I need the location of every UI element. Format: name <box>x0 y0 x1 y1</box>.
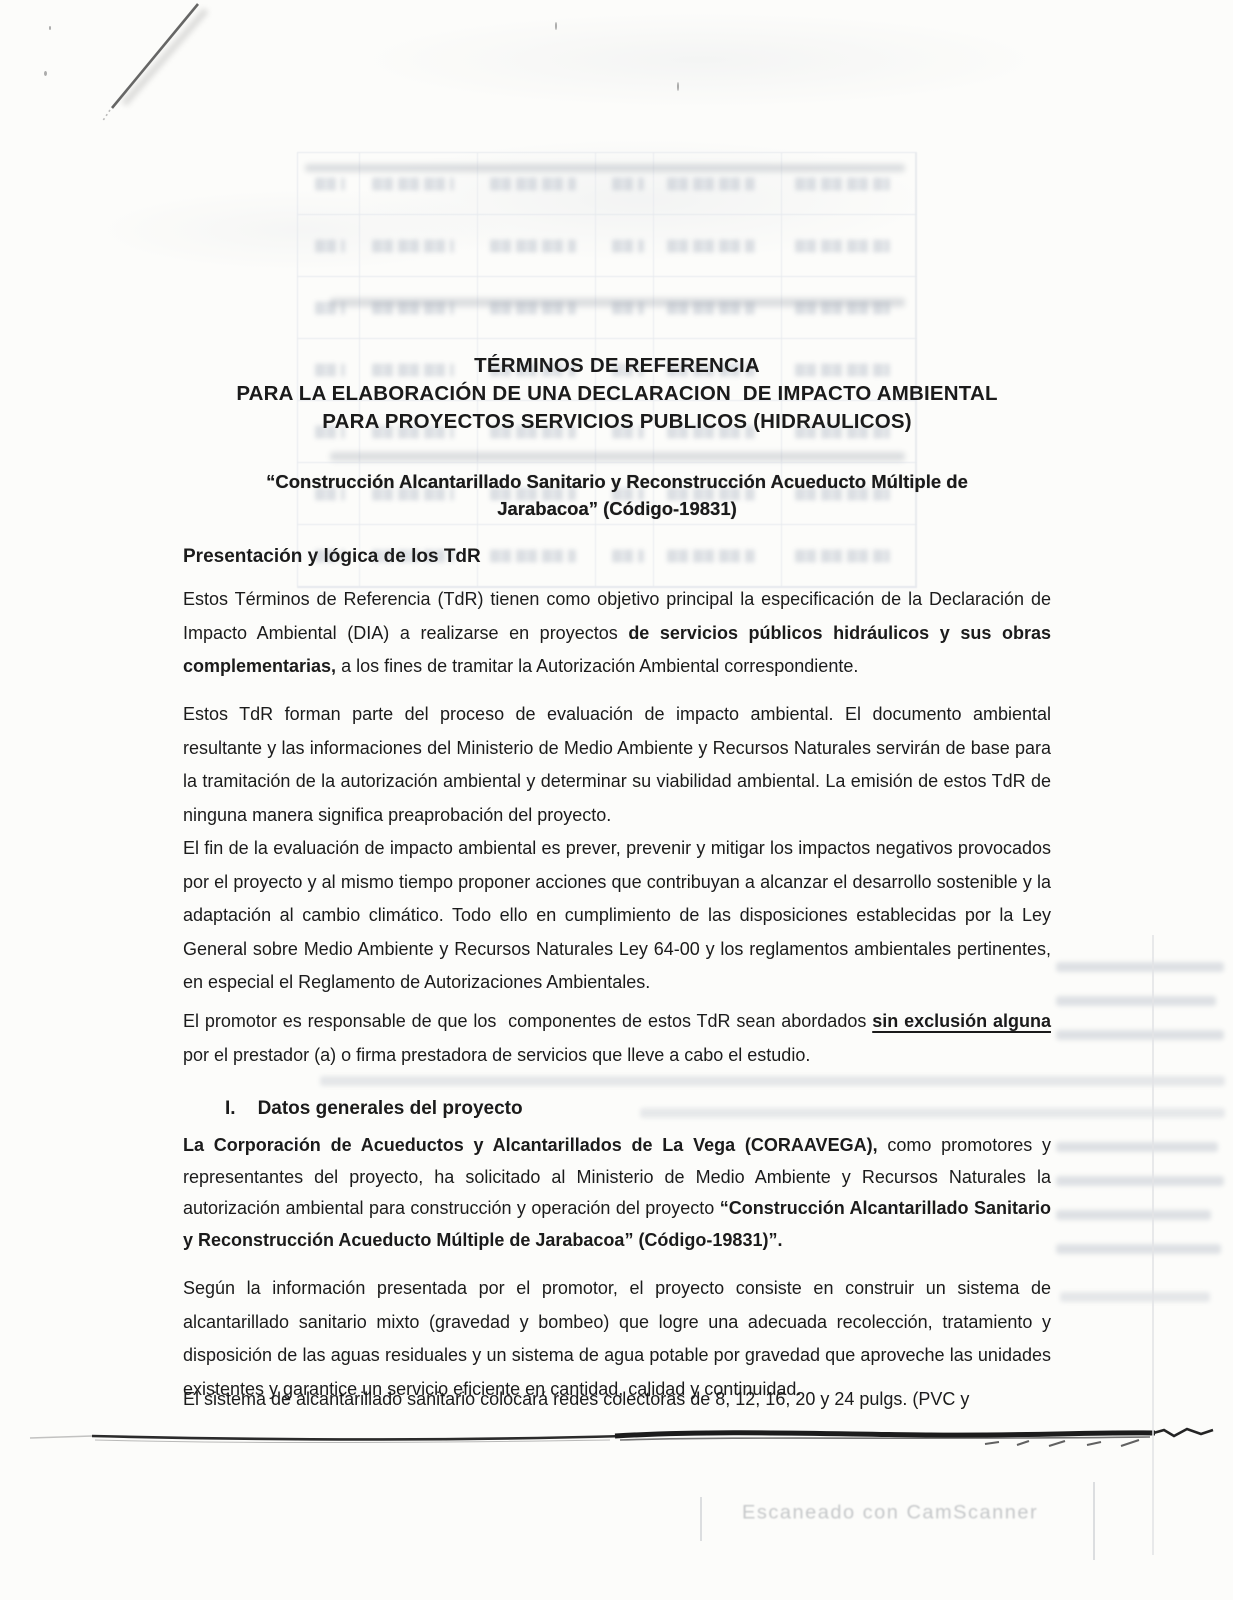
bleedthrough-text-line <box>1056 1176 1224 1186</box>
section-number: I. <box>225 1098 236 1120</box>
bleedthrough-cell <box>654 215 782 276</box>
bleedthrough-cell <box>596 215 654 276</box>
bleedthrough-cell <box>298 153 360 214</box>
bleedthrough-text-line <box>1056 1210 1211 1220</box>
bleedthrough-cell <box>478 153 596 214</box>
page-edge-line <box>0 1424 1233 1474</box>
document-title: TÉRMINOS DE REFERENCIA PARA LA ELABORACI… <box>183 352 1051 436</box>
pencil-fold-mark <box>80 0 260 140</box>
title-line: TÉRMINOS DE REFERENCIA <box>183 352 1051 380</box>
camscanner-watermark: Escaneado con CamScanner <box>742 1503 1038 1525</box>
paragraph-redes-colectoras: El sistema de alcantarillado sanitario c… <box>183 1383 1051 1417</box>
bleedthrough-cell <box>782 215 916 276</box>
bleedthrough-cell <box>782 153 916 214</box>
bleedthrough-cell <box>654 153 782 214</box>
bleedthrough-smudge <box>305 164 905 172</box>
bleedthrough-cell <box>596 153 654 214</box>
bleedthrough-text-line <box>1056 1142 1218 1152</box>
paragraph-objetivo: Estos Términos de Referencia (TdR) tiene… <box>183 583 1051 684</box>
bleedthrough-row <box>298 277 916 339</box>
bleedthrough-smudge <box>330 452 905 461</box>
bleedthrough-cell <box>298 215 360 276</box>
bleedthrough-cell <box>478 277 596 338</box>
bleedthrough-cell <box>596 277 654 338</box>
scan-speck <box>555 22 557 30</box>
paragraph-coraavega: La Corporación de Acueductos y Alcantari… <box>183 1130 1051 1256</box>
paragraph-fin-evaluacion: El fin de la evaluación de impacto ambie… <box>183 832 1051 1000</box>
bleedthrough-cell <box>782 277 916 338</box>
bleedthrough-text-line <box>1056 1030 1224 1040</box>
scan-speck <box>44 71 47 76</box>
scan-tick <box>1093 1482 1095 1560</box>
scanned-page: TÉRMINOS DE REFERENCIA PARA LA ELABORACI… <box>0 0 1233 1600</box>
scan-speck <box>677 82 679 91</box>
scan-speck <box>49 26 51 30</box>
title-line: PARA PROYECTOS SERVICIOS PUBLICOS (HIDRA… <box>183 408 1051 436</box>
bleedthrough-cell <box>360 153 478 214</box>
paragraph-proceso-evaluacion: Estos TdR forman parte del proceso de ev… <box>183 698 1051 832</box>
section-label: Datos generales del proyecto <box>258 1098 523 1119</box>
bleedthrough-row <box>298 153 916 215</box>
bleedthrough-text-line <box>1056 1244 1221 1254</box>
scan-tick <box>700 1497 702 1541</box>
bleedthrough-cell <box>478 215 596 276</box>
bleedthrough-cell <box>360 277 478 338</box>
project-subtitle: “Construcción Alcantarillado Sanitario y… <box>183 468 1051 522</box>
bleedthrough-text-line <box>1060 1292 1210 1302</box>
bleedthrough-text-line <box>320 1076 1225 1086</box>
section-datos-generales-heading: I.Datos generales del proyecto <box>183 1098 1093 1120</box>
bleedthrough-smudge <box>330 298 905 307</box>
bleedthrough-cell <box>298 277 360 338</box>
title-line: PARA LA ELABORACIÓN DE UNA DECLARACION D… <box>183 380 1051 408</box>
bleedthrough-text-line <box>1056 962 1224 972</box>
underlined-sin-exclusion: sin exclusión alguna <box>872 1011 1051 1031</box>
bleedthrough-cell <box>360 215 478 276</box>
section-presentacion-heading: Presentación y lógica de los TdR <box>183 546 1051 568</box>
page-crease <box>1152 935 1154 1555</box>
bleedthrough-text-line <box>1056 996 1216 1006</box>
bleedthrough-cell <box>654 277 782 338</box>
paragraph-promotor-responsable: El promotor es responsable de que los co… <box>183 1005 1051 1072</box>
bleedthrough-row <box>298 215 916 277</box>
